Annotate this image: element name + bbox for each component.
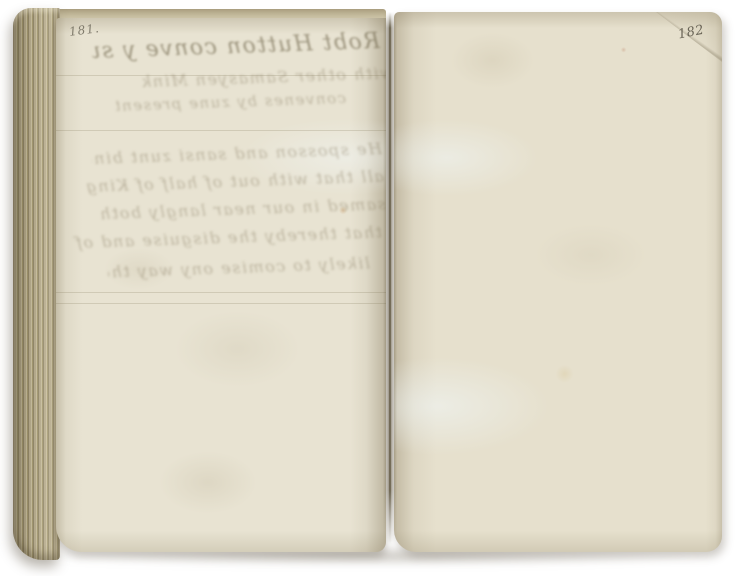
right-page: 182 <box>394 12 722 552</box>
ruled-crease-line <box>56 303 386 304</box>
book-gutter <box>383 12 397 544</box>
ghost-show-through-line: with other Samasyen Mink <box>126 63 386 91</box>
ghost-show-through-line: that thereby the disguise and of me <box>68 223 382 253</box>
ghost-show-through-line: convenes by zune presents <box>116 89 346 115</box>
ghost-show-through-line: all that with out of half of King <box>72 167 384 197</box>
page-block-fore-edge <box>13 8 60 560</box>
ruled-crease-line <box>56 130 386 131</box>
ruled-crease-line <box>56 292 386 293</box>
ghost-show-through-line: Robt Hutton conve y such <box>92 29 381 64</box>
open-book-photo: 181. Robt Hutton conve y such with other… <box>0 0 748 576</box>
ghost-show-through-line: samed in our near langly both <box>64 194 386 224</box>
ghost-show-through-line: likely to comise ony way the <box>108 253 371 281</box>
left-page-number: 181. <box>68 21 100 39</box>
left-page: 181. Robt Hutton conve y such with other… <box>56 18 386 552</box>
ghost-show-through-line: He sposson and sansi zunt binde <box>92 139 382 168</box>
